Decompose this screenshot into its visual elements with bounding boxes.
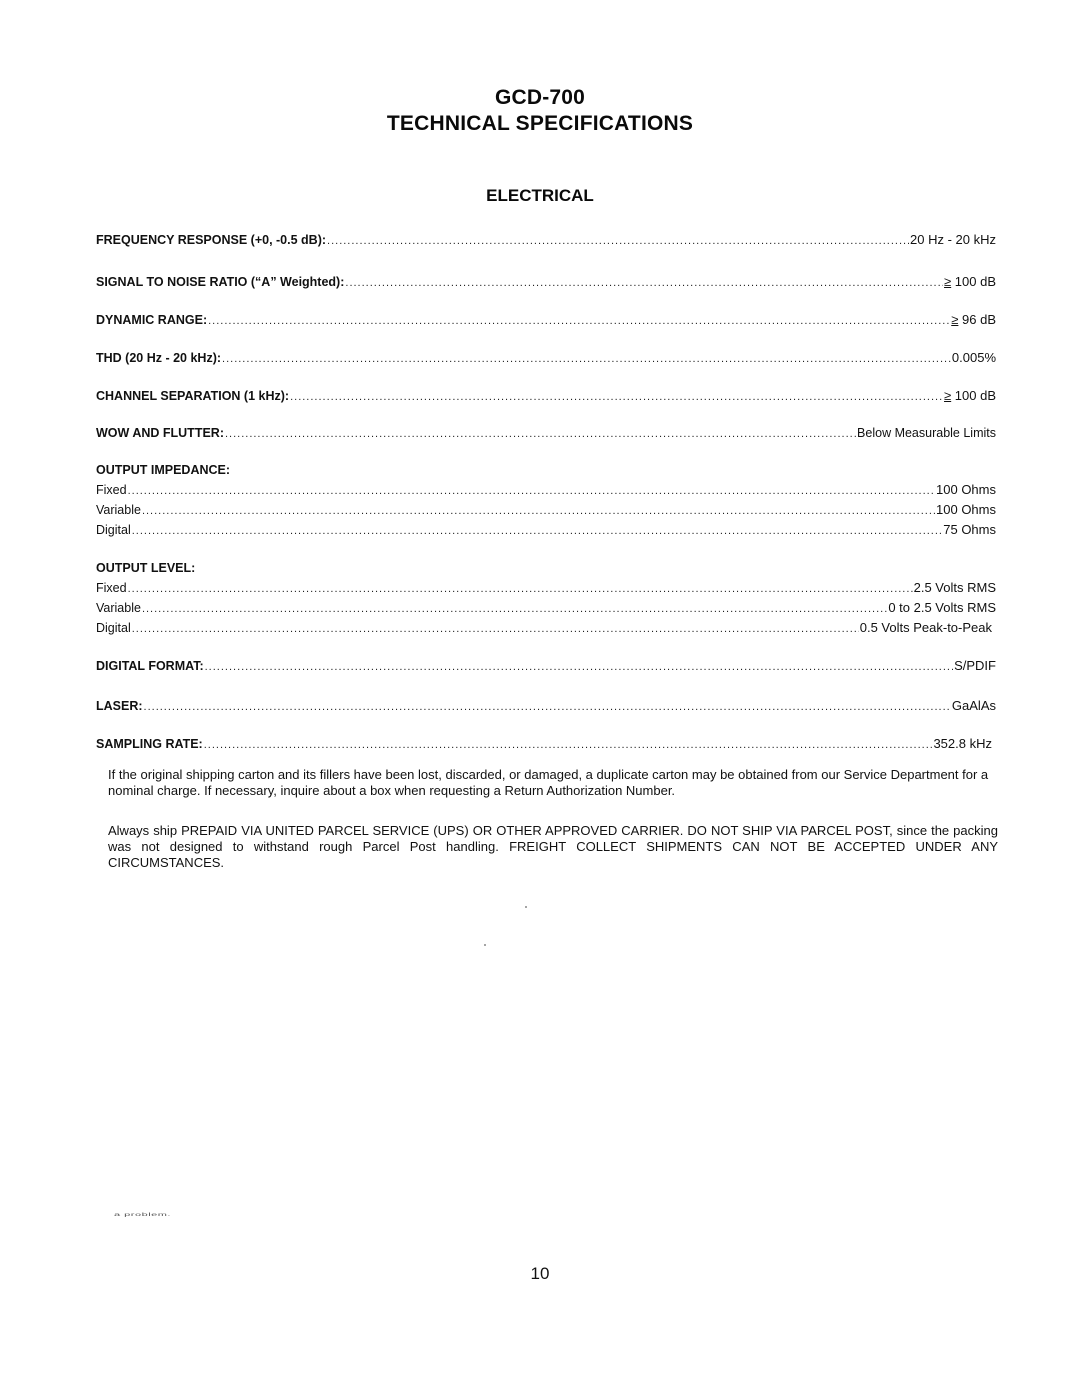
dot-leader xyxy=(225,428,856,440)
dot-leader xyxy=(142,505,935,517)
dot-leader xyxy=(205,661,953,673)
level-row-fixed: Fixed 2.5 Volts RMS xyxy=(96,580,996,595)
spec-label: Fixed xyxy=(96,581,127,595)
spec-row-thd: THD (20 Hz - 20 kHz): 0.005% xyxy=(96,350,996,365)
spec-row-frequency-response: FREQUENCY RESPONSE (+0, -0.5 dB): 20 Hz … xyxy=(96,232,996,247)
cropped-text-fragment: a problem. xyxy=(114,1212,171,1217)
spec-value: Below Measurable Limits xyxy=(857,426,996,440)
spec-label: DYNAMIC RANGE: xyxy=(96,313,207,327)
impedance-row-variable: Variable 100 Ohms xyxy=(96,502,996,517)
level-row-digital: Digital 0.5 Volts Peak-to-Peak xyxy=(96,620,992,635)
scan-speck xyxy=(525,906,527,908)
dot-leader xyxy=(327,235,909,247)
spec-row-dynamic-range: DYNAMIC RANGE: ≥ 96 dB xyxy=(96,312,996,327)
scan-speck xyxy=(484,944,486,946)
spec-value: 100 Ohms xyxy=(936,502,996,517)
spec-value: 75 Ohms xyxy=(943,522,996,537)
spec-value: 0.5 Volts Peak-to-Peak xyxy=(860,620,992,635)
dot-leader xyxy=(132,623,859,635)
greater-equal-symbol: ≥ xyxy=(944,388,951,403)
greater-equal-symbol: ≥ xyxy=(951,312,958,327)
spec-row-sampling-rate: SAMPLING RATE: 352.8 kHz xyxy=(96,736,992,751)
spec-label: SAMPLING RATE: xyxy=(96,737,203,751)
model-title: GCD-700 xyxy=(0,86,1080,110)
dot-leader xyxy=(144,701,951,713)
spec-value: ≥ 96 dB xyxy=(951,312,996,327)
spec-label: SIGNAL TO NOISE RATIO (“A” Weighted): xyxy=(96,275,344,289)
spec-label: LASER: xyxy=(96,699,143,713)
spec-row-laser: LASER: GaAlAs xyxy=(96,698,996,713)
spec-row-wow-flutter: WOW AND FLUTTER: Below Measurable Limits xyxy=(96,426,996,440)
spec-row-signal-to-noise: SIGNAL TO NOISE RATIO (“A” Weighted): ≥ … xyxy=(96,274,996,289)
dot-leader xyxy=(290,391,943,403)
spec-value: S/PDIF xyxy=(954,658,996,673)
spec-value: 0 to 2.5 Volts RMS xyxy=(888,600,996,615)
dot-leader xyxy=(128,485,935,497)
page-title: TECHNICAL SPECIFICATIONS xyxy=(0,112,1080,136)
impedance-row-digital: Digital 75 Ohms xyxy=(96,522,996,537)
spec-label: WOW AND FLUTTER: xyxy=(96,426,224,440)
dot-leader xyxy=(222,353,951,365)
greater-equal-symbol: ≥ xyxy=(944,274,951,289)
section-heading: ELECTRICAL xyxy=(0,186,1080,206)
dot-leader xyxy=(142,603,887,615)
dot-leader xyxy=(208,315,950,327)
spec-label: FREQUENCY RESPONSE (+0, -0.5 dB): xyxy=(96,233,326,247)
dot-leader xyxy=(345,277,943,289)
dot-leader xyxy=(204,739,933,751)
dot-leader xyxy=(128,583,913,595)
spec-value: GaAlAs xyxy=(952,698,996,713)
spec-value: ≥ 100 dB xyxy=(944,388,996,403)
spec-row-channel-separation: CHANNEL SEPARATION (1 kHz): ≥ 100 dB xyxy=(96,388,996,403)
level-row-variable: Variable 0 to 2.5 Volts RMS xyxy=(96,600,996,615)
dot-leader xyxy=(132,525,943,537)
spec-row-digital-format: DIGITAL FORMAT: S/PDIF xyxy=(96,658,996,673)
spec-label: Digital xyxy=(96,523,131,537)
spec-label: CHANNEL SEPARATION (1 kHz): xyxy=(96,389,289,403)
output-impedance-heading: OUTPUT IMPEDANCE: xyxy=(96,463,230,477)
spec-value: 20 Hz - 20 kHz xyxy=(910,232,996,247)
spec-label: Fixed xyxy=(96,483,127,497)
spec-value: 2.5 Volts RMS xyxy=(914,580,996,595)
spec-label: Variable xyxy=(96,503,141,517)
impedance-row-fixed: Fixed 100 Ohms xyxy=(96,482,996,497)
spec-label: THD (20 Hz - 20 kHz): xyxy=(96,351,221,365)
output-level-heading: OUTPUT LEVEL: xyxy=(96,561,195,575)
spec-value: ≥ 100 dB xyxy=(944,274,996,289)
spec-label: Variable xyxy=(96,601,141,615)
shipping-carton-paragraph: If the original shipping carton and its … xyxy=(108,767,998,799)
spec-value: 100 Ohms xyxy=(936,482,996,497)
page-number: 10 xyxy=(0,1264,1080,1284)
spec-label: DIGITAL FORMAT: xyxy=(96,659,204,673)
shipping-instructions-paragraph: Always ship PREPAID VIA UNITED PARCEL SE… xyxy=(108,823,998,871)
spec-value: 0.005% xyxy=(952,350,996,365)
spec-label: Digital xyxy=(96,621,131,635)
spec-value: 352.8 kHz xyxy=(933,736,992,751)
